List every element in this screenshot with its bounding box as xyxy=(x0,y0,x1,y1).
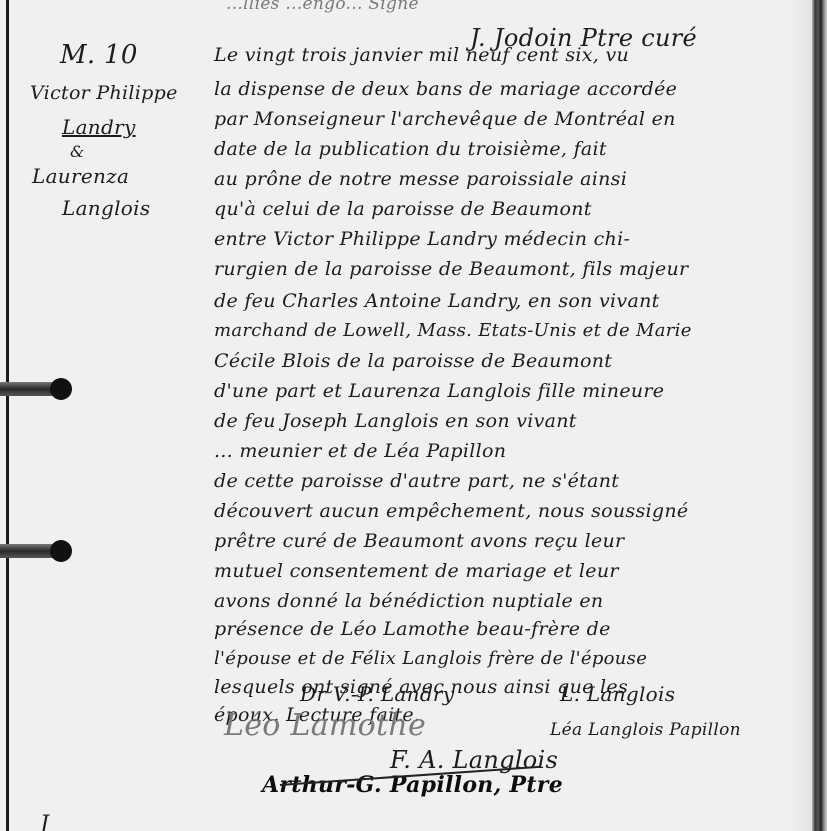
binding-edge xyxy=(812,0,827,831)
signature-witness-lamothe: Léo Lamothe xyxy=(224,708,426,743)
record-line: date de la publication du troisième, fai… xyxy=(214,138,607,160)
record-line: prêtre curé de Beaumont avons reçu leur xyxy=(214,530,624,552)
next-entry-fragment: J xyxy=(40,812,49,831)
record-line: présence de Léo Lamothe beau-frère de xyxy=(214,618,611,640)
record-line: de cette paroisse d'autre part, ne s'éta… xyxy=(214,470,619,492)
record-line: qu'à celui de la paroisse de Beaumont xyxy=(214,198,592,220)
record-line: ... meunier et de Léa Papillon xyxy=(214,440,506,462)
record-line: entre Victor Philippe Landry médecin chi… xyxy=(214,228,630,250)
record-line: marchand de Lowell, Mass. Etats-Unis et … xyxy=(214,320,692,341)
record-line: découvert aucun empêchement, nous soussi… xyxy=(214,500,688,522)
record-line: de feu Joseph Langlois en son vivant xyxy=(214,410,577,432)
page-gutter-shadow xyxy=(790,0,812,831)
page-left-border xyxy=(6,0,9,831)
signature-mother: Léa Langlois Papillon xyxy=(550,720,741,740)
record-line: Cécile Blois de la paroisse de Beaumont xyxy=(214,350,612,372)
signature-groom: Dr V.-P. Landry xyxy=(300,682,454,706)
previous-entry-fragment: ...llies ...engo... Signe xyxy=(226,0,419,14)
record-line: Le vingt trois janvier mil neuf cent six… xyxy=(214,44,629,66)
record-line: l'épouse et de Félix Langlois frère de l… xyxy=(214,648,647,669)
signature-bride: L. Langlois xyxy=(560,682,675,706)
binding-ring-icon xyxy=(0,378,72,400)
ampersand: & xyxy=(70,142,85,161)
record-line: rurgien de la paroisse de Beaumont, fils… xyxy=(214,258,688,280)
record-line: mutuel consentement de mariage et leur xyxy=(214,560,619,582)
record-line: la dispense de deux bans de mariage acco… xyxy=(214,78,677,100)
record-line: de feu Charles Antoine Landry, en son vi… xyxy=(214,290,660,312)
record-line: avons donné la bénédiction nuptiale en xyxy=(214,590,603,612)
groom-first-names: Victor Philippe xyxy=(30,82,178,104)
record-line: d'une part et Laurenza Langlois fille mi… xyxy=(214,380,664,402)
register-page: ...llies ...engo... Signe J. Jodoin Ptre… xyxy=(0,0,827,831)
bride-first-name: Laurenza xyxy=(32,164,129,188)
record-line: au prône de notre messe paroissiale ains… xyxy=(214,168,627,190)
entry-number: M. 10 xyxy=(60,40,138,70)
binding-ring-icon xyxy=(0,540,72,562)
record-line: par Monseigneur l'archevêque de Montréal… xyxy=(214,108,676,130)
bride-surname: Langlois xyxy=(62,196,150,220)
groom-surname: Landry xyxy=(62,115,136,139)
